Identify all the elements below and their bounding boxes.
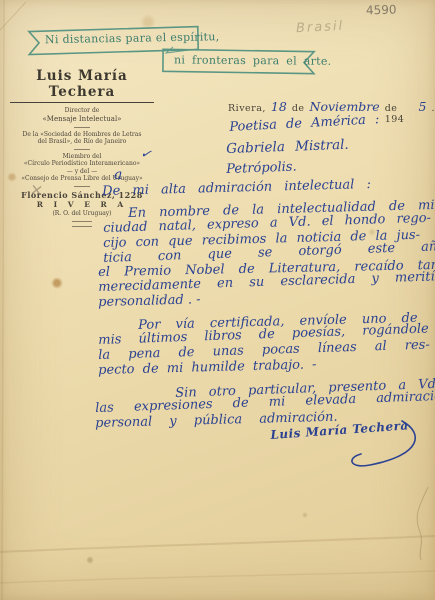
letterhead-circle-line: «Círculo Periodístico Interamericano»	[6, 160, 158, 168]
recipient-city-line: Petrópolis.	[226, 160, 297, 177]
letterhead-divider	[72, 221, 92, 227]
letterhead-member-line: Miembro del	[6, 153, 158, 161]
letterhead-magazine-line: «Mensaje Intelectual»	[6, 115, 158, 124]
date-period: .	[431, 103, 435, 114]
letterhead-divider	[74, 149, 90, 150]
letterhead-divider	[74, 127, 90, 128]
date-printed-city: Rivera,	[228, 103, 266, 114]
banner-motto-line2: ni fronteras para el arte.	[174, 53, 332, 67]
body-line: personalidad . -	[98, 292, 201, 310]
date-printed-de: de	[292, 103, 305, 114]
ink-stray-letter: a	[114, 167, 122, 183]
date-printed-year-prefix: de 194	[385, 103, 414, 125]
ribbon-banner-bottom: ni fronteras para el arte.	[160, 46, 320, 75]
letterhead-society-line1: De la «Sociedad de Hombres de Letras	[6, 131, 158, 139]
letterhead-and-line: — y del —	[6, 168, 158, 176]
scanned-letter-page: Ni distancias para el espíritu, ni front…	[0, 0, 435, 600]
letterhead-director-line: Director de	[6, 107, 158, 115]
letterhead-council-line: «Consejo de Prensa Libre del Uruguay»	[6, 175, 158, 183]
sender-name: Luis María Techera	[10, 68, 154, 103]
letterhead: Luis María Techera Director de «Mensaje …	[6, 68, 158, 227]
date-handwritten-year-digit: 5	[419, 99, 427, 114]
recipient-name-line: Gabriela Mistral.	[226, 137, 349, 157]
letterhead-society-line2: del Brasil», de Río de Janeiro	[6, 138, 158, 146]
pencil-catalog-number: 4590	[366, 2, 397, 17]
pencil-word-brasil: Brasil	[296, 19, 345, 37]
date-handwritten-day: 18	[271, 99, 287, 114]
letterhead-divider	[74, 186, 90, 187]
